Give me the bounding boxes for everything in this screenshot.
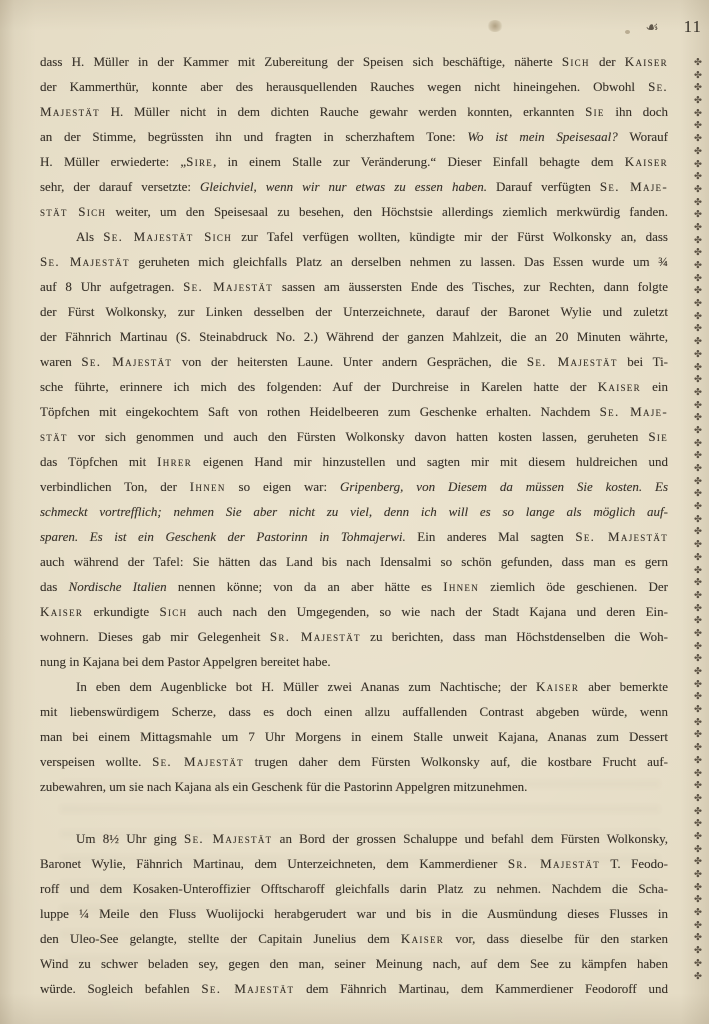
border-ornament-icon: ✤ <box>694 653 702 666</box>
border-ornament-icon: ✤ <box>694 742 702 755</box>
paper-speck <box>625 30 630 34</box>
border-ornament-icon: ✤ <box>694 856 702 869</box>
border-ornament-icon: ✤ <box>694 476 702 489</box>
border-ornament-icon: ✤ <box>694 539 702 552</box>
page-number: 11 <box>684 17 702 37</box>
smallcaps-text: Se. Majestät <box>184 831 272 846</box>
body-text: vor, dass dieselbe für den starken <box>444 931 668 946</box>
border-ornament-icon: ✤ <box>694 615 702 628</box>
body-text: zur Tafel verfügen wollten, kündigte mir… <box>232 229 668 244</box>
smallcaps-text: Se. Majestät <box>40 254 130 269</box>
smallcaps-text: Se. Majestät <box>152 754 244 769</box>
border-ornament-icon: ✤ <box>694 336 702 349</box>
body-text: Wind zu schwer beladen sey, gegen den ma… <box>40 956 668 971</box>
text-line: dass H. Müller in der Kammer mit Zuberei… <box>40 49 668 74</box>
text-line: Se. Majestät geruheten mich gleichfalls … <box>40 249 668 274</box>
text-line: sparen. Es ist ein Geschenk der Pastorin… <box>40 524 668 549</box>
text-line: H. Müller erwiederte: „Sire, in einem St… <box>40 149 668 174</box>
italic-text: Nordische Italien <box>69 579 167 594</box>
fleuron-ornament-icon: ☙ <box>646 18 659 36</box>
text-line: nung in Kajana bei dem Pastor Appelgren … <box>40 649 668 674</box>
text-line: zubewahren, um sie nach Kajana als ein G… <box>40 774 668 799</box>
text-line: auch während der Tafel: Sie hätten das L… <box>40 549 668 574</box>
body-text: man bei einem Mittagsmahle um 7 Uhr Morg… <box>40 729 668 744</box>
body-text: sehr, der darauf versetzte: <box>40 179 200 194</box>
body-text: luppe ¼ Meile den Fluss Wuolijocki herab… <box>40 906 668 921</box>
border-ornament-icon: ✤ <box>694 907 702 920</box>
body-text: nennen könne; von da an aber hätte es <box>167 579 444 594</box>
italic-text: Gleichviel, wenn wir nur etwas zu essen … <box>200 179 487 194</box>
border-ornament-icon: ✤ <box>694 945 702 958</box>
italic-text: sparen. Es ist ein Geschenk der Pastorin… <box>40 529 406 544</box>
border-ornament-icon: ✤ <box>694 552 702 565</box>
border-ornament-icon: ✤ <box>694 247 702 260</box>
smallcaps-text: Ihnen <box>443 579 479 594</box>
body-text: waren <box>40 354 81 369</box>
body-text: Darauf verfügten <box>487 179 600 194</box>
body-text: H. Müller erwiederte: „ <box>40 154 186 169</box>
text-line: das Töpfchen mit Ihrer eigenen Hand mir … <box>40 449 668 474</box>
body-text: H. Müller nicht in dem dichten Rauche ge… <box>100 104 585 119</box>
body-text: zu berichten, dass man Höchstdenselben d… <box>361 629 668 644</box>
border-ornament-icon: ✤ <box>694 95 702 108</box>
border-ornament-icon: ✤ <box>694 412 702 425</box>
body-text: auch nach den Umgegenden, so wie nach de… <box>187 604 668 619</box>
border-ornament-icon: ✤ <box>694 349 702 362</box>
page-text: dass H. Müller in der Kammer mit Zuberei… <box>40 49 668 1001</box>
body-text: In eben dem Augenblicke bot H. Müller zw… <box>76 679 536 694</box>
body-text: T. Feodo- <box>600 856 668 871</box>
text-line: verspeisen wollte. Se. Majestät trugen d… <box>40 749 668 774</box>
border-ornament-icon: ✤ <box>694 120 702 133</box>
border-ornament-icon: ✤ <box>694 729 702 742</box>
body-text: verbindlichen Ton, der <box>40 479 190 494</box>
body-text: roff und dem Kosaken-Unteroffizier Offts… <box>40 881 668 896</box>
body-text: auch während der Tafel: Sie hätten das L… <box>40 554 668 569</box>
body-text: ihn doch <box>605 104 668 119</box>
border-ornament-icon: ✤ <box>694 425 702 438</box>
text-line: Als Se. Majestät Sich zur Tafel verfügen… <box>40 224 668 249</box>
smallcaps-text: stät <box>40 429 68 444</box>
body-text: aber bemerkte <box>579 679 668 694</box>
body-text: wohnern. Dieses gab mir Gelegenheit <box>40 629 270 644</box>
text-line: auf 8 Uhr aufgetragen. Se. Majestät sass… <box>40 274 668 299</box>
border-ornament-icon: ✤ <box>694 197 702 210</box>
body-text: erkundigte <box>83 604 159 619</box>
smallcaps-text: Majestät <box>40 104 100 119</box>
smallcaps-text: stät Sich <box>40 204 106 219</box>
paper-stain <box>487 20 503 32</box>
border-ornament-icon: ✤ <box>694 222 702 235</box>
text-line: wohnern. Dieses gab mir Gelegenheit Sr. … <box>40 624 668 649</box>
smallcaps-text: Se. Majestät <box>527 354 618 369</box>
text-line: der Kammerthür, konnte aber des herausqu… <box>40 74 668 99</box>
italic-text: Gripenberg, von Diesem da müssen Sie kos… <box>340 479 668 494</box>
border-ornament-icon: ✤ <box>694 260 702 273</box>
border-ornament-icon: ✤ <box>694 755 702 768</box>
text-line: der Fürst Wolkonsky, zur Linken desselbe… <box>40 299 668 324</box>
border-ornament-icon: ✤ <box>694 971 702 984</box>
border-ornament-icon: ✤ <box>694 171 702 184</box>
border-ornament-icon: ✤ <box>694 831 702 844</box>
border-ornament-icon: ✤ <box>694 818 702 831</box>
border-ornament-icon: ✤ <box>694 780 702 793</box>
body-text: Töpfchen mit eingekochtem Saft von rothe… <box>40 404 600 419</box>
border-ornament-icon: ✤ <box>694 57 702 70</box>
border-ornament-icon: ✤ <box>694 768 702 781</box>
body-text: dem Fähnrich Martinau, dem Kammerdiener … <box>294 981 668 996</box>
text-line: In eben dem Augenblicke bot H. Müller zw… <box>40 674 668 699</box>
text-line: das Nordische Italien nennen könne; von … <box>40 574 668 599</box>
smallcaps-text: Kaiser <box>625 54 668 69</box>
body-text: mit liebenswürdigem Scherze, dass es doc… <box>40 704 668 719</box>
paragraph: Um 8½ Uhr ging Se. Majestät an Bord der … <box>40 826 668 1001</box>
body-text: vor sich genommen und auch den Fürsten W… <box>68 429 649 444</box>
border-ornament-icon: ✤ <box>694 894 702 907</box>
body-text: auf 8 Uhr aufgetragen. <box>40 279 183 294</box>
text-line: Majestät H. Müller nicht in dem dichten … <box>40 99 668 124</box>
smallcaps-text: Se. <box>648 79 668 94</box>
smallcaps-text: Sire <box>186 154 213 169</box>
text-line: Wind zu schwer beladen sey, gegen den ma… <box>40 951 668 976</box>
text-line: luppe ¼ Meile den Fluss Wuolijocki herab… <box>40 901 668 926</box>
smallcaps-text: Sr. Majestät <box>508 856 600 871</box>
body-text: weiter, um den Speisesaal zu besehen, de… <box>106 204 668 219</box>
border-ornament-icon: ✤ <box>694 362 702 375</box>
border-ornament-icon: ✤ <box>694 704 702 717</box>
italic-text: schmeckt vortrefflich; nehmen Sie aber n… <box>40 504 668 519</box>
border-ornament-icon: ✤ <box>694 438 702 451</box>
text-line: verbindlichen Ton, der Ihnen so eigen wa… <box>40 474 668 499</box>
text-line: Baronet Wylie, Fähnrich Martinau, dem Un… <box>40 851 668 876</box>
body-text: würde. Sogleich befahlen <box>40 981 201 996</box>
text-line: waren Se. Majestät von der heitersten La… <box>40 349 668 374</box>
border-ornament-icon: ✤ <box>694 514 702 527</box>
border-ornament-icon: ✤ <box>694 400 702 413</box>
body-text: der Kammerthür, konnte aber des herausqu… <box>40 79 648 94</box>
border-ornament-icon: ✤ <box>694 108 702 121</box>
paragraph: In eben dem Augenblicke bot H. Müller zw… <box>40 674 668 799</box>
smallcaps-text: Ihrer <box>157 454 192 469</box>
body-text: das Töpfchen mit <box>40 454 157 469</box>
decorative-border: ✤✤✤✤✤✤✤✤✤✤✤✤✤✤✤✤✤✤✤✤✤✤✤✤✤✤✤✤✤✤✤✤✤✤✤✤✤✤✤✤… <box>690 57 706 987</box>
border-ornament-icon: ✤ <box>694 146 702 159</box>
body-text: das <box>40 579 69 594</box>
border-ornament-icon: ✤ <box>694 882 702 895</box>
smallcaps-text: Ihnen <box>190 479 226 494</box>
border-ornament-icon: ✤ <box>694 590 702 603</box>
text-line: sehr, der darauf versetzte: Gleichviel, … <box>40 174 668 199</box>
border-ornament-icon: ✤ <box>694 691 702 704</box>
text-line: an der Stimme, begrüssten ihn und fragte… <box>40 124 668 149</box>
border-ornament-icon: ✤ <box>694 184 702 197</box>
body-text: Um 8½ Uhr ging <box>76 831 184 846</box>
text-line: roff und dem Kosaken-Unteroffizier Offts… <box>40 876 668 901</box>
body-text: , in einem Stalle zur Veränderung.“ Dies… <box>213 154 625 169</box>
border-ornament-icon: ✤ <box>694 311 702 324</box>
body-text: zubewahren, um sie nach Kajana als ein G… <box>40 779 527 794</box>
border-ornament-icon: ✤ <box>694 133 702 146</box>
border-ornament-icon: ✤ <box>694 869 702 882</box>
border-ornament-icon: ✤ <box>694 374 702 387</box>
body-text: ziemlich öde geschienen. Der <box>479 579 668 594</box>
border-ornament-icon: ✤ <box>694 501 702 514</box>
border-ornament-icon: ✤ <box>694 806 702 819</box>
text-line: mit liebenswürdigem Scherze, dass es doc… <box>40 699 668 724</box>
text-line: der Fähnrich Martinau (S. Steinabdruck N… <box>40 324 668 349</box>
border-ornament-icon: ✤ <box>694 793 702 806</box>
paragraph: Als Se. Majestät Sich zur Tafel verfügen… <box>40 224 668 674</box>
smallcaps-text: Sr. Majestät <box>270 629 361 644</box>
text-line: man bei einem Mittagsmahle um 7 Uhr Morg… <box>40 724 668 749</box>
smallcaps-text: Sich <box>159 604 187 619</box>
border-ornament-icon: ✤ <box>694 920 702 933</box>
smallcaps-text: Sie <box>648 429 668 444</box>
smallcaps-text: Sich <box>562 54 590 69</box>
body-text: geruheten mich gleichfalls Platz an ders… <box>130 254 668 269</box>
border-ornament-icon: ✤ <box>694 298 702 311</box>
smallcaps-text: Se. Majestät <box>183 279 273 294</box>
border-ornament-icon: ✤ <box>694 641 702 654</box>
border-ornament-icon: ✤ <box>694 603 702 616</box>
body-text: so eigen war: <box>226 479 340 494</box>
body-text: den Uleo-See gelangte, stellte der Capit… <box>40 931 401 946</box>
smallcaps-text: Se. Majestät <box>81 354 172 369</box>
body-text: Worauf <box>618 129 668 144</box>
border-ornament-icon: ✤ <box>694 209 702 222</box>
body-text: eigenen Hand mir hinzustellen und sagten… <box>192 454 668 469</box>
smallcaps-text: Kaiser <box>625 154 668 169</box>
text-line: sche führte, erinnere ich mich des folge… <box>40 374 668 399</box>
border-ornament-icon: ✤ <box>694 450 702 463</box>
body-text: der Fähnrich Martinau (S. Steinabdruck N… <box>40 329 668 344</box>
smallcaps-text: Kaiser <box>536 679 579 694</box>
text-line: schmeckt vortrefflich; nehmen Sie aber n… <box>40 499 668 524</box>
smallcaps-text: Kaiser <box>401 931 444 946</box>
border-ornament-icon: ✤ <box>694 273 702 286</box>
border-ornament-icon: ✤ <box>694 323 702 336</box>
body-text: von der heitersten Laune. Unter andern G… <box>172 354 527 369</box>
border-ornament-icon: ✤ <box>694 526 702 539</box>
smallcaps-text: Kaiser <box>40 604 83 619</box>
body-text: dass H. Müller in der Kammer mit Zuberei… <box>40 54 562 69</box>
smallcaps-text: Se. Majestät <box>201 981 294 996</box>
border-ornament-icon: ✤ <box>694 717 702 730</box>
border-ornament-icon: ✤ <box>694 82 702 95</box>
body-text: Baronet Wylie, Fähnrich Martinau, dem Un… <box>40 856 508 871</box>
body-text: nung in Kajana bei dem Pastor Appelgren … <box>40 654 331 669</box>
body-text: an Bord der grossen Schaluppe und befahl… <box>272 831 668 846</box>
smallcaps-text: Sie <box>585 104 605 119</box>
italic-text: Wo ist mein Speisesaal? <box>467 129 617 144</box>
body-text: Ein anderes Mal sagten <box>406 529 576 544</box>
body-text: der Fürst Wolkonsky, zur Linken desselbe… <box>40 304 668 319</box>
text-line: Töpfchen mit eingekochtem Saft von rothe… <box>40 399 668 424</box>
border-ornament-icon: ✤ <box>694 70 702 83</box>
body-text: ein <box>641 379 668 394</box>
smallcaps-text: Se. Maje- <box>600 404 668 419</box>
border-ornament-icon: ✤ <box>694 285 702 298</box>
border-ornament-icon: ✤ <box>694 844 702 857</box>
text-line: Kaiser erkundigte Sich auch nach den Umg… <box>40 599 668 624</box>
border-ornament-icon: ✤ <box>694 463 702 476</box>
smallcaps-text: Se. Maje- <box>600 179 668 194</box>
body-text: bei Ti- <box>618 354 668 369</box>
border-ornament-icon: ✤ <box>694 565 702 578</box>
border-ornament-icon: ✤ <box>694 958 702 971</box>
border-ornament-icon: ✤ <box>694 387 702 400</box>
body-text: trugen daher dem Fürsten Wolkonsky auf, … <box>244 754 668 769</box>
body-text: Als <box>76 229 103 244</box>
text-line: den Uleo-See gelangte, stellte der Capit… <box>40 926 668 951</box>
border-ornament-icon: ✤ <box>694 488 702 501</box>
border-ornament-icon: ✤ <box>694 666 702 679</box>
text-line: stät vor sich genommen und auch den Fürs… <box>40 424 668 449</box>
body-text: an der Stimme, begrüssten ihn und fragte… <box>40 129 467 144</box>
smallcaps-text: Se. Majestät Sich <box>103 229 232 244</box>
border-ornament-icon: ✤ <box>694 235 702 248</box>
body-text: der <box>590 54 625 69</box>
body-text: sassen am äussersten Ende des Tisches, z… <box>273 279 668 294</box>
text-line: stät Sich weiter, um den Speisesaal zu b… <box>40 199 668 224</box>
border-ornament-icon: ✤ <box>694 679 702 692</box>
smallcaps-text: Kaiser <box>598 379 641 394</box>
border-ornament-icon: ✤ <box>694 628 702 641</box>
book-page: ☙ 11 dass H. Müller in der Kammer mit Zu… <box>0 0 709 1024</box>
text-line: Um 8½ Uhr ging Se. Majestät an Bord der … <box>40 826 668 851</box>
text-line: würde. Sogleich befahlen Se. Majestät de… <box>40 976 668 1001</box>
border-ornament-icon: ✤ <box>694 932 702 945</box>
body-text: sche führte, erinnere ich mich des folge… <box>40 379 598 394</box>
body-text: verspeisen wollte. <box>40 754 152 769</box>
paragraph: dass H. Müller in der Kammer mit Zuberei… <box>40 49 668 224</box>
border-ornament-icon: ✤ <box>694 577 702 590</box>
smallcaps-text: Se. Majestät <box>575 529 668 544</box>
border-ornament-icon: ✤ <box>694 159 702 172</box>
